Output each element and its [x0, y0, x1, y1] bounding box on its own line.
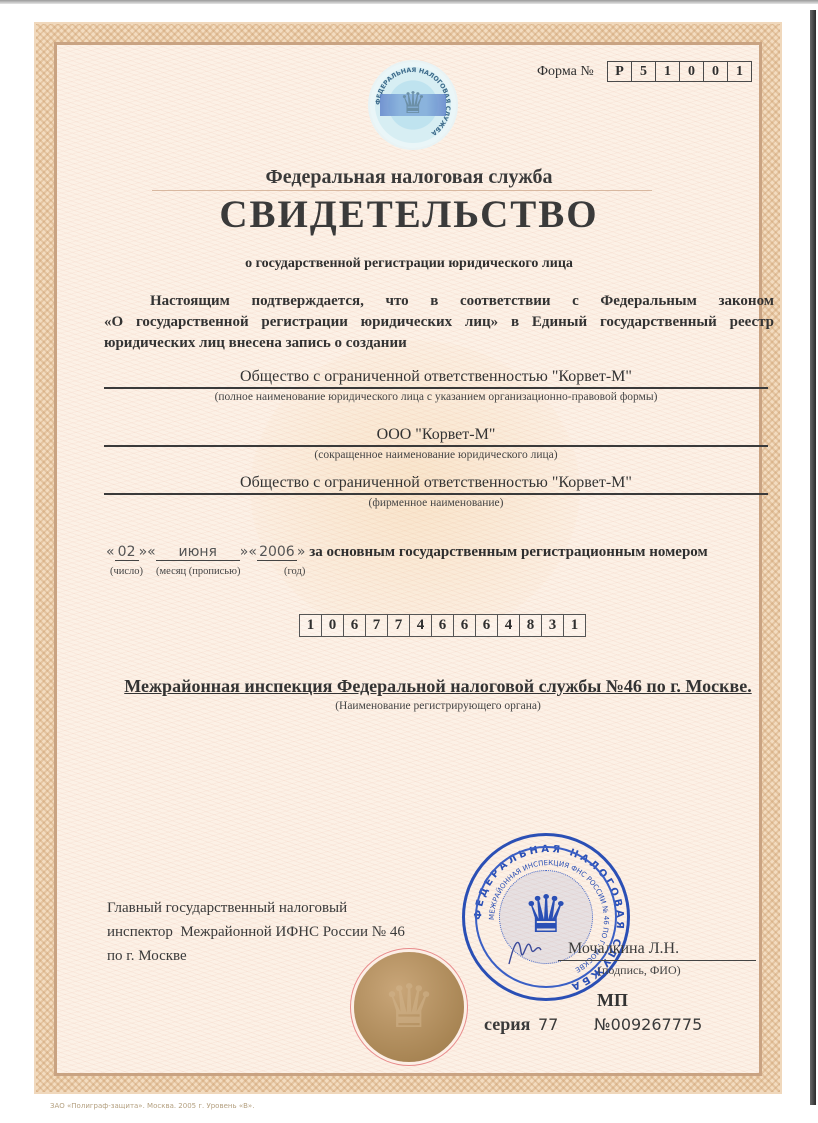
authority-caption: (Наименование регистрирующего органа)	[104, 700, 772, 712]
full-name-value: Общество с ограниченной ответственностью…	[104, 367, 768, 387]
intro-line-2: «О государственной регистрации юридическ…	[104, 312, 774, 333]
day-caption: (число)	[110, 566, 143, 577]
field-underline	[104, 445, 768, 447]
full-name-field: Общество с ограниченной ответственностью…	[104, 367, 768, 403]
ogrn-number-boxes: 1067746664831	[300, 614, 586, 637]
series-value: 77	[538, 1015, 558, 1034]
ogrn-digit-box: 6	[475, 614, 498, 637]
month-caption: (месяц (прописью)	[156, 566, 240, 577]
eagle-icon: ♛	[397, 86, 429, 122]
form-code-box: Р	[607, 61, 632, 82]
registering-authority: Межрайонная инспекция Федеральной налого…	[104, 676, 772, 712]
form-code-box: 1	[727, 61, 752, 82]
registration-number-text: за основным государственным регистрацион…	[309, 544, 708, 560]
date-day: 02	[115, 544, 139, 561]
form-number-boxes: Р51001	[608, 61, 752, 82]
intro-line-1: Настоящим подтверждается, что в соответс…	[104, 291, 774, 312]
blank-number: №009267775	[594, 1015, 702, 1034]
series-label: серия	[484, 1014, 530, 1035]
firm-name-caption: (фирменное наименование)	[104, 497, 768, 509]
ogrn-digit-box: 6	[343, 614, 366, 637]
short-name-value: ООО "Корвет-М"	[104, 425, 768, 445]
ogrn-digit-box: 4	[409, 614, 432, 637]
form-code-box: 5	[631, 61, 656, 82]
short-name-caption: (сокращенное наименование юридического л…	[104, 449, 768, 461]
intro-line-3: юридических лиц внесена запись о создани…	[104, 333, 774, 354]
fns-hologram-emblem: ФЕДЕРАЛЬНАЯ НАЛОГОВАЯ СЛУЖБА ♛	[370, 62, 456, 148]
title-divider	[152, 190, 652, 191]
gold-embossed-seal: ♛	[354, 952, 464, 1062]
signature-caption: (подпись, ФИО)	[598, 963, 681, 978]
form-code-box: 1	[655, 61, 680, 82]
ogrn-digit-box: 7	[365, 614, 388, 637]
ogrn-digit-box: 8	[519, 614, 542, 637]
ogrn-digit-box: 4	[497, 614, 520, 637]
stamp-place-label: МП	[597, 990, 628, 1011]
signature-line	[558, 960, 756, 961]
firm-name-field: Общество с ограниченной ответственностью…	[104, 473, 768, 509]
intro-paragraph: Настоящим подтверждается, что в соответс…	[104, 291, 774, 354]
printer-imprint: ЗАО «Полиграф-защита». Москва. 2005 г. У…	[50, 1102, 254, 1110]
ogrn-digit-box: 7	[387, 614, 410, 637]
ogrn-digit-box: 6	[431, 614, 454, 637]
signatory-name: Мочалкина Л.Н.	[568, 940, 679, 958]
date-year: 2006	[257, 544, 297, 561]
field-underline	[104, 387, 768, 389]
form-number-label: Форма №	[537, 64, 594, 80]
certificate-subtitle: о государственной регистрации юридическо…	[0, 256, 818, 272]
short-name-field: ООО "Корвет-М" (сокращенное наименование…	[104, 425, 768, 461]
handwritten-signature	[505, 930, 545, 970]
eagle-icon: ♛	[354, 952, 464, 1062]
authority-name: Межрайонная инспекция Федеральной налого…	[104, 676, 772, 697]
ogrn-digit-box: 0	[321, 614, 344, 637]
certificate-title: СВИДЕТЕЛЬСТВО	[0, 192, 818, 237]
field-underline	[104, 493, 768, 495]
ogrn-digit-box: 3	[541, 614, 564, 637]
ogrn-digit-box: 6	[453, 614, 476, 637]
ogrn-digit-box: 1	[563, 614, 586, 637]
registration-date-row: «02»«июня»«2006» за основным государстве…	[106, 544, 766, 561]
form-code-box: 0	[679, 61, 704, 82]
full-name-caption: (полное наименование юридического лица с…	[104, 391, 768, 403]
form-code-box: 0	[703, 61, 728, 82]
date-month: июня	[156, 544, 240, 561]
year-caption: (год)	[284, 566, 305, 577]
scan-top-shadow	[0, 0, 818, 4]
firm-name-value: Общество с ограниченной ответственностью…	[104, 473, 768, 493]
issuer-name: Федеральная налоговая служба	[0, 166, 818, 189]
ogrn-digit-box: 1	[299, 614, 322, 637]
